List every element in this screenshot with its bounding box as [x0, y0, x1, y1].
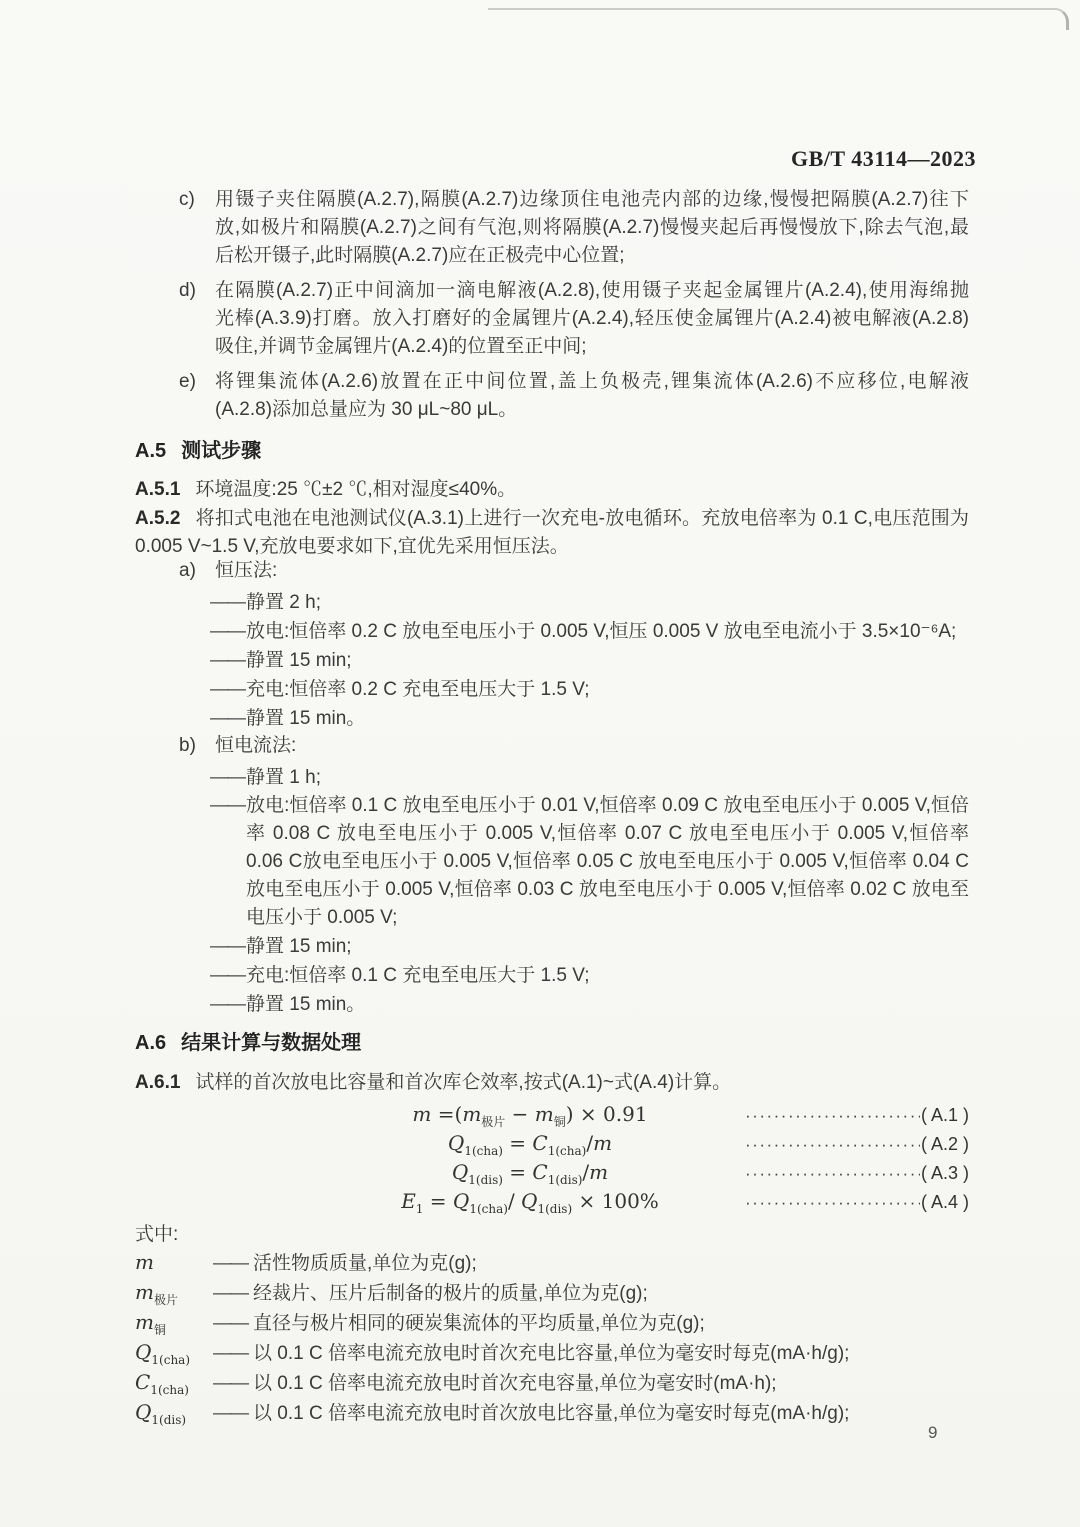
section-heading-a5: A.5测试步骤 [135, 434, 261, 463]
dotted-leader: ··································( A.2 … [745, 1134, 969, 1155]
clause-text: 环境温度:25 ℃±2 ℃,相对湿度≤40%。 [195, 479, 516, 500]
method-step: ——充电:恒倍率 0.1 C 充电至电压大于 1.5 V; [179, 961, 969, 990]
dash-marker: —— [213, 1343, 247, 1364]
method-step: ——静置 15 min; [179, 932, 969, 961]
scan-artifact-line [488, 8, 1069, 30]
list-item-c: c) 用镊子夹住隔膜(A.2.7),隔膜(A.2.7)边缘顶住电池壳内部的边缘,… [179, 186, 969, 270]
definition-row: m——活性物质质量,单位为克(g); [135, 1248, 969, 1278]
definition-row: Q1(cha)——以 0.1 C 倍率电流充放电时首次充电比容量,单位为毫安时每… [135, 1338, 969, 1368]
step-text: 0.06 C放电至电压小于 0.005 V,恒倍率 0.05 C 放电至电压小于… [179, 848, 969, 876]
list-item-line: 后松开镊子,此时隔膜(A.2.7)应在正极壳中心位置; [215, 242, 969, 270]
dash-marker: —— [213, 1403, 247, 1424]
list-item-line: 放,如极片和隔膜(A.2.7)之间有气泡,则将隔膜(A.2.7)慢慢夹起后再慢慢… [215, 214, 969, 242]
clause-a52: A.5.2将扣式电池在电池测试仪(A.3.1)上进行一次充电-放电循环。充放电倍… [135, 505, 969, 561]
symbol: Q1(dis) [135, 1398, 213, 1427]
dash-marker: —— [213, 1313, 247, 1334]
dash-marker: —— [210, 704, 244, 733]
list-item-label: d) [179, 277, 196, 305]
definition-text: 经裁片、压片后制备的极片的质量,单位为克(g); [253, 1283, 648, 1304]
clause-text: 将扣式电池在电池测试仪(A.3.1)上进行一次充电-放电循环。充放电倍率为 0.… [195, 508, 969, 529]
method-step: ——静置 2 h; [179, 588, 969, 617]
list-item-line: (A.2.8)添加总量应为 30 μL~80 μL。 [215, 396, 969, 424]
section-title: 测试步骤 [181, 440, 261, 462]
list-item-label: c) [179, 186, 195, 214]
dash-marker: —— [210, 617, 244, 646]
method-label: b) [179, 732, 196, 760]
method-title: 恒电流法: [179, 732, 969, 760]
definition-text: 活性物质质量,单位为克(g); [253, 1253, 477, 1274]
formula-a2: Q1(cha) = C1(cha)/m ····················… [0, 1131, 1080, 1160]
list-item-label: e) [179, 368, 196, 396]
definition-text: 以 0.1 C 倍率电流充放电时首次放电比容量,单位为毫安时每克(mA·h/g)… [253, 1403, 849, 1424]
step-text: 静置 15 min。 [246, 994, 365, 1015]
step-text: 放电:恒倍率 0.1 C 放电至电压小于 0.01 V,恒倍率 0.09 C 放… [246, 795, 969, 816]
clause-number: A.5.2 [135, 508, 180, 529]
dash-marker: —— [210, 792, 244, 820]
clause-text: 试样的首次放电比容量和首次库仑效率,按式(A.1)~式(A.4)计算。 [195, 1072, 731, 1093]
definition-row: m铜——直径与极片相同的硬炭集流体的平均质量,单位为克(g); [135, 1308, 969, 1338]
dash-marker: —— [210, 588, 244, 617]
dash-marker: —— [210, 763, 244, 792]
step-text: 充电:恒倍率 0.2 C 充电至电压大于 1.5 V; [246, 679, 589, 700]
equation-block: m =(m极片 − m铜) × 0.91 ···················… [0, 1102, 1080, 1218]
step-text: 静置 1 h; [246, 767, 321, 788]
section-title: 结果计算与数据处理 [181, 1032, 361, 1054]
step-text: 放电至电压小于 0.005 V,恒倍率 0.03 C 放电至电压小于 0.005… [179, 876, 969, 904]
section-number: A.6 [135, 1032, 166, 1054]
dash-marker: —— [213, 1253, 247, 1274]
method-a-constant-voltage: a) 恒压法: ——静置 2 h; ——放电:恒倍率 0.2 C 放电至电压小于… [179, 557, 969, 733]
equation: Q1(dis) = C1(dis)/m [300, 1160, 760, 1184]
method-step: ——静置 1 h; [179, 763, 969, 792]
definition-row: m极片——经裁片、压片后制备的极片的质量,单位为克(g); [135, 1278, 969, 1308]
where-intro: 式中: [135, 1222, 969, 1248]
dotted-leader: ··································( A.4 … [745, 1192, 969, 1213]
formula-a1: m =(m极片 − m铜) × 0.91 ···················… [0, 1102, 1080, 1131]
dash-marker: —— [210, 646, 244, 675]
standard-code-header: GB/T 43114—2023 [791, 146, 976, 172]
definition-text: 以 0.1 C 倍率电流充放电时首次充电比容量,单位为毫安时每克(mA·h/g)… [253, 1343, 849, 1364]
dash-marker: —— [210, 990, 244, 1019]
document-page: GB/T 43114—2023 c) 用镊子夹住隔膜(A.2.7),隔膜(A.2… [0, 0, 1080, 1527]
formula-a3: Q1(dis) = C1(dis)/m ····················… [0, 1160, 1080, 1189]
dotted-leader: ··································( A.1 … [745, 1105, 969, 1126]
section-heading-a6: A.6结果计算与数据处理 [135, 1026, 361, 1055]
step-text: 静置 15 min; [246, 650, 352, 671]
list-item-line: 光棒(A.3.9)打磨。放入打磨好的金属锂片(A.2.4),轻压使金属锂片(A.… [215, 305, 969, 333]
definition-text: 直径与极片相同的硬炭集流体的平均质量,单位为克(g); [253, 1313, 705, 1334]
method-b-constant-current: b) 恒电流法: ——静置 1 h; ——放电:恒倍率 0.1 C 放电至电压小… [179, 732, 969, 1019]
list-item-line: 用镊子夹住隔膜(A.2.7),隔膜(A.2.7)边缘顶住电池壳内部的边缘,慢慢把… [215, 186, 969, 214]
symbol: Q1(cha) [135, 1338, 213, 1367]
step-text: 静置 2 h; [246, 592, 321, 613]
method-step: ——充电:恒倍率 0.2 C 充电至电压大于 1.5 V; [179, 675, 969, 704]
step-text: 率 0.08 C 放电至电压小于 0.005 V,恒倍率 0.07 C 放电至电… [179, 820, 969, 848]
section-number: A.5 [135, 440, 166, 462]
method-step: ——放电:恒倍率 0.1 C 放电至电压小于 0.01 V,恒倍率 0.09 C… [179, 792, 969, 820]
dash-marker: —— [213, 1283, 247, 1304]
equation: m =(m极片 − m铜) × 0.91 [300, 1102, 760, 1126]
list-item-line: 在隔膜(A.2.7)正中间滴加一滴电解液(A.2.8),使用镊子夹起金属锂片(A… [215, 277, 969, 305]
dash-marker: —— [210, 675, 244, 704]
definition-row: C1(cha)——以 0.1 C 倍率电流充放电时首次充电容量,单位为毫安时(m… [135, 1368, 969, 1398]
clause-number: A.6.1 [135, 1072, 180, 1093]
list-item-e: e) 将锂集流体(A.2.6)放置在正中间位置,盖上负极壳,锂集流体(A.2.6… [179, 368, 969, 424]
formula-number: ( A.3 ) [920, 1163, 969, 1184]
method-title: 恒压法: [179, 557, 969, 585]
step-text: 静置 15 min; [246, 936, 352, 957]
list-item-d: d) 在隔膜(A.2.7)正中间滴加一滴电解液(A.2.8),使用镊子夹起金属锂… [179, 277, 969, 361]
symbol: C1(cha) [135, 1368, 213, 1397]
step-text: 静置 15 min。 [246, 708, 365, 729]
definition-text: 以 0.1 C 倍率电流充放电时首次充电容量,单位为毫安时(mA·h); [253, 1373, 777, 1394]
clause-number: A.5.1 [135, 479, 180, 500]
clause-a61: A.6.1试样的首次放电比容量和首次库仑效率,按式(A.1)~式(A.4)计算。 [135, 1069, 969, 1097]
clause-a51: A.5.1环境温度:25 ℃±2 ℃,相对湿度≤40%。 [135, 476, 969, 504]
step-text: 充电:恒倍率 0.1 C 充电至电压大于 1.5 V; [246, 965, 589, 986]
dash-marker: —— [210, 961, 244, 990]
dash-marker: —— [213, 1373, 247, 1394]
step-text: 放电:恒倍率 0.2 C 放电至电压小于 0.005 V,恒压 0.005 V … [246, 621, 956, 642]
formula-a4: E1 = Q1(cha)/ Q1(dis) × 100% ···········… [0, 1189, 1080, 1218]
step-text: 电压小于 0.005 V; [179, 904, 969, 932]
formula-number: ( A.1 ) [920, 1105, 969, 1126]
formula-number: ( A.4 ) [920, 1192, 969, 1213]
page-number: 9 [928, 1423, 937, 1443]
method-step: ——静置 15 min。 [179, 704, 969, 733]
method-step: ——静置 15 min。 [179, 990, 969, 1019]
assembly-steps-list: c) 用镊子夹住隔膜(A.2.7),隔膜(A.2.7)边缘顶住电池壳内部的边缘,… [179, 186, 969, 431]
equation: Q1(cha) = C1(cha)/m [300, 1131, 760, 1155]
dotted-leader: ··································( A.3 … [745, 1163, 969, 1184]
symbol: m [135, 1248, 213, 1277]
formula-number: ( A.2 ) [920, 1134, 969, 1155]
equation: E1 = Q1(cha)/ Q1(dis) × 100% [300, 1189, 760, 1213]
method-label: a) [179, 557, 196, 585]
method-step: ——放电:恒倍率 0.2 C 放电至电压小于 0.005 V,恒压 0.005 … [179, 617, 969, 646]
list-item-line: 吸住,并调节金属锂片(A.2.4)的位置至正中间; [215, 333, 969, 361]
method-step: ——静置 15 min; [179, 646, 969, 675]
definition-row: Q1(dis)——以 0.1 C 倍率电流充放电时首次放电比容量,单位为毫安时每… [135, 1398, 969, 1428]
dash-marker: —— [210, 932, 244, 961]
list-item-line: 将锂集流体(A.2.6)放置在正中间位置,盖上负极壳,锂集流体(A.2.6)不应… [215, 368, 969, 396]
symbol-definitions: 式中: m——活性物质质量,单位为克(g); m极片——经裁片、压片后制备的极片… [135, 1222, 969, 1428]
symbol: m极片 [135, 1278, 213, 1307]
symbol: m铜 [135, 1308, 213, 1337]
